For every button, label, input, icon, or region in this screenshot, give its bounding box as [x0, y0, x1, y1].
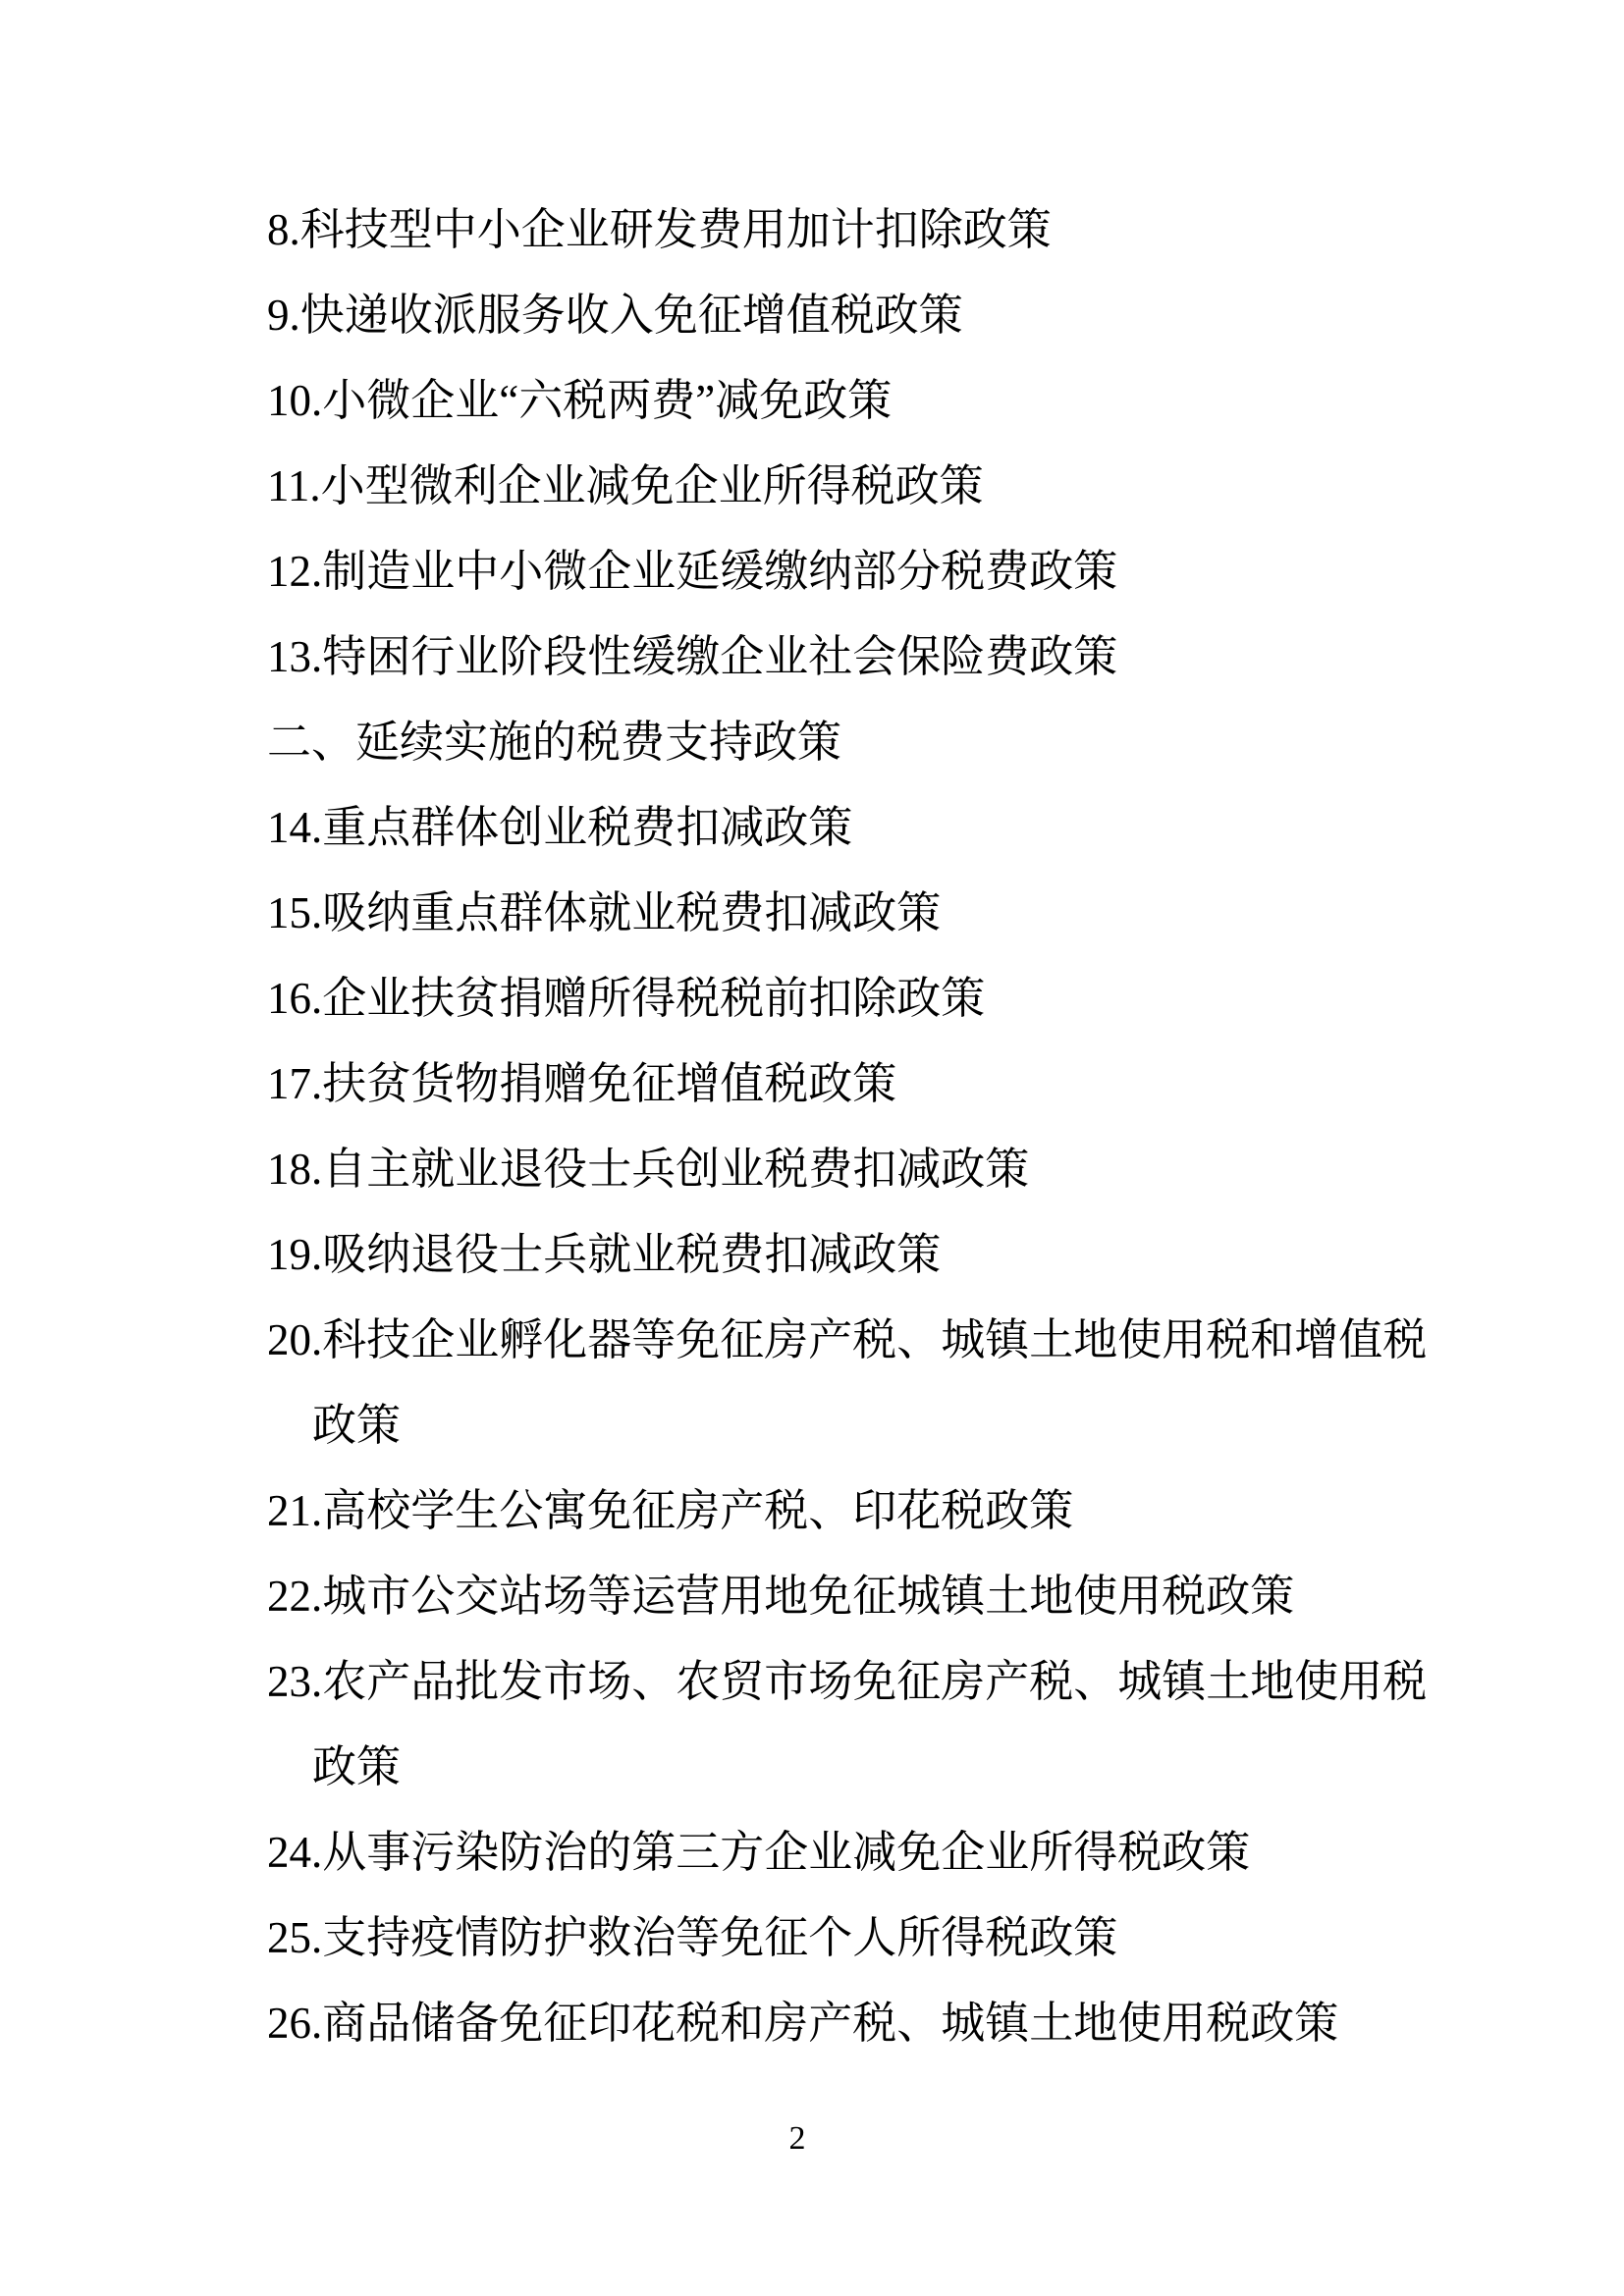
policy-item: 13.特困行业阶段性缓缴企业社会保险费政策: [267, 635, 1465, 679]
policy-item: 14.重点群体创业税费扣减政策: [267, 806, 1465, 850]
policy-item: 21.高校学生公寓免征房产税、印花税政策: [267, 1489, 1465, 1533]
policy-item: 20.科技企业孵化器等免征房产税、城镇土地使用税和增值税: [267, 1318, 1465, 1362]
policy-item: 16.企业扶贫捐赠所得税税前扣除政策: [267, 977, 1465, 1021]
policy-item: 17.扶贫货物捐赠免征增值税政策: [267, 1062, 1465, 1106]
page-number: 2: [0, 2122, 1595, 2156]
policy-item: 9.快递收派服务收入免征增值税政策: [267, 294, 1465, 338]
policy-item: 26.商品储备免征印花税和房产税、城镇土地使用税政策: [267, 2002, 1465, 2046]
policy-item: 18.自主就业退役士兵创业税费扣减政策: [267, 1148, 1465, 1192]
document-page: 8.科技型中小企业研发费用加计扣除政策9.快递收派服务收入免征增值税政策10.小…: [0, 0, 1624, 2296]
policy-item: 25.支持疫情防护救治等免征个人所得税政策: [267, 1916, 1465, 1960]
policy-item: 19.吸纳退役士兵就业税费扣减政策: [267, 1233, 1465, 1277]
policy-item: 8.科技型中小企业研发费用加计扣除政策: [267, 208, 1465, 252]
policy-list: 8.科技型中小企业研发费用加计扣除政策9.快递收派服务收入免征增值税政策10.小…: [267, 208, 1465, 2087]
policy-item: 22.城市公交站场等运营用地免征城镇土地使用税政策: [267, 1575, 1465, 1619]
policy-line-continuation: 政策: [267, 1745, 1465, 1789]
section-heading: 二、延续实施的税费支持政策: [267, 721, 1465, 765]
policy-item: 10.小微企业“六税两费”减免政策: [267, 379, 1465, 423]
scanned-document-page: { "page": { "number": "2" }, "colors": {…: [0, 0, 1624, 2296]
policy-item: 23.农产品批发市场、农贸市场免征房产税、城镇土地使用税: [267, 1660, 1465, 1704]
policy-item: 15.吸纳重点群体就业税费扣减政策: [267, 891, 1465, 935]
policy-item: 24.从事污染防治的第三方企业减免企业所得税政策: [267, 1831, 1465, 1875]
policy-item: 11.小型微利企业减免企业所得税政策: [267, 464, 1465, 508]
policy-item: 12.制造业中小微企业延缓缴纳部分税费政策: [267, 550, 1465, 594]
policy-line-continuation: 政策: [267, 1404, 1465, 1448]
